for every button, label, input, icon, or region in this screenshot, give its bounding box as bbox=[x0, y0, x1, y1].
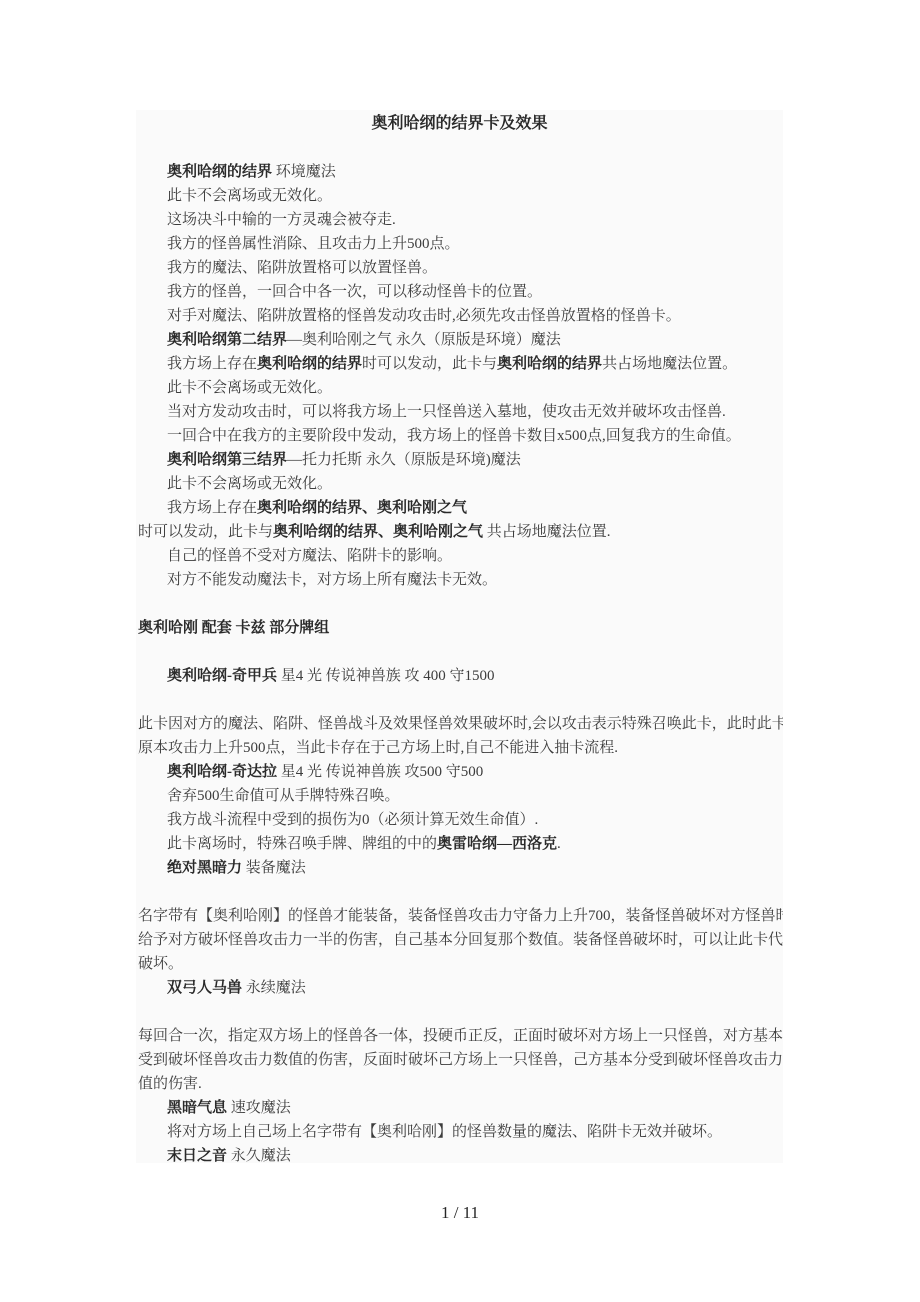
bold-text: 奥利哈纲的结界、奥利哈刚之气 bbox=[257, 500, 467, 516]
body-text: 对手对魔法、陷阱放置格的怪兽发动攻击时,必须先攻击怪兽放置格的怪兽卡。 bbox=[167, 308, 681, 324]
bold-text: 奥利哈纲-奇达拉 bbox=[167, 764, 277, 780]
blank-line bbox=[136, 640, 783, 664]
document-title: 奥利哈纲的结界卡及效果 bbox=[136, 112, 783, 136]
doc-line: 值的伤害. bbox=[136, 1072, 783, 1096]
doc-line: 绝对黑暗力 装备魔法 bbox=[136, 856, 783, 880]
body-text: 受到破坏怪兽攻击力数值的伤害，反面时破坏己方场上一只怪兽，己方基本分受到破坏怪兽… bbox=[138, 1052, 783, 1068]
doc-line: 我方场上存在奥利哈纲的结界时可以发动，此卡与奥利哈纲的结界共占场地魔法位置。 bbox=[136, 352, 783, 376]
body-text: 此卡不会离场或无效化。 bbox=[167, 380, 332, 396]
doc-line: 我方的怪兽属性消除、且攻击力上升500点。 bbox=[136, 232, 783, 256]
doc-line: 原本攻击力上升500点，当此卡存在于己方场上时,自己不能进入抽卡流程. bbox=[136, 736, 783, 760]
doc-line: 名字带有【奥利哈刚】的怪兽才能装备，装备怪兽攻击力守备力上升700，装备怪兽破坏… bbox=[136, 904, 783, 928]
bold-text: 末日之音 bbox=[167, 1148, 227, 1163]
doc-line: 这场决斗中输的一方灵魂会被夺走. bbox=[136, 208, 783, 232]
doc-line: 奥利哈纲的结界 环境魔法 bbox=[136, 160, 783, 184]
doc-line: 舍弃500生命值可从手牌特殊召唤。 bbox=[136, 784, 783, 808]
bold-text: 奥利哈纲的结界 bbox=[497, 356, 602, 372]
body-text: 装备魔法 bbox=[242, 860, 306, 876]
body-text: 星4 光 传说神兽族 攻 400 守1500 bbox=[277, 668, 495, 684]
doc-line: 我方战斗流程中受到的损伤为0（必须计算无效生命值）. bbox=[136, 808, 783, 832]
bold-text: 双弓人马兽 bbox=[167, 980, 242, 996]
doc-line: 时可以发动，此卡与奥利哈纲的结界、奥利哈刚之气 共占场地魔法位置. bbox=[136, 520, 783, 544]
body-text: —奥利哈刚之气 永久（原版是环境）魔法 bbox=[287, 332, 561, 348]
doc-line: 奥利哈纲第三结界—托力托斯 永久（原版是环境)魔法 bbox=[136, 448, 783, 472]
bold-text: 奥利哈纲第三结界 bbox=[167, 452, 287, 468]
blank-line bbox=[136, 1000, 783, 1024]
body-text: 舍弃500生命值可从手牌特殊召唤。 bbox=[167, 788, 400, 804]
body-text: 每回合一次，指定双方场上的怪兽各一体，投硬币正反，正面时破坏对方场上一只怪兽，对… bbox=[138, 1028, 783, 1044]
doc-line: 奥利哈刚 配套 卡兹 部分牌组 bbox=[136, 616, 783, 640]
body-text: 共占场地魔法位置。 bbox=[602, 356, 737, 372]
bold-text: 绝对黑暗力 bbox=[167, 860, 242, 876]
doc-line: 此卡不会离场或无效化。 bbox=[136, 184, 783, 208]
body-text: . bbox=[557, 836, 561, 852]
bold-text: 奥利哈纲的结界 bbox=[167, 164, 272, 180]
doc-line: 将对方场上自己场上名字带有【奥利哈刚】的怪兽数量的魔法、陷阱卡无效并破坏。 bbox=[136, 1120, 783, 1144]
body-text: 永续魔法 bbox=[242, 980, 306, 996]
doc-line: 双弓人马兽 永续魔法 bbox=[136, 976, 783, 1000]
doc-line: 奥利哈纲-奇甲兵 星4 光 传说神兽族 攻 400 守1500 bbox=[136, 664, 783, 688]
page-number: 1 / 11 bbox=[0, 1203, 920, 1223]
body-text: 时可以发动，此卡与 bbox=[362, 356, 497, 372]
body-text: 当对方发动攻击时，可以将我方场上一只怪兽送入墓地，使攻击无效并破坏攻击怪兽. bbox=[167, 404, 726, 420]
bold-text: 奥利哈纲的结界 bbox=[257, 356, 362, 372]
body-text: 我方战斗流程中受到的损伤为0（必须计算无效生命值）. bbox=[167, 812, 538, 828]
body-text: 速攻魔法 bbox=[227, 1100, 291, 1116]
body-text: 对方不能发动魔法卡，对方场上所有魔法卡无效。 bbox=[167, 572, 497, 588]
body-text: 名字带有【奥利哈刚】的怪兽才能装备，装备怪兽攻击力守备力上升700，装备怪兽破坏… bbox=[138, 908, 783, 924]
bold-text: 奥利哈刚 配套 卡兹 部分牌组 bbox=[138, 620, 329, 636]
blank-line bbox=[136, 880, 783, 904]
body-text: 我方的魔法、陷阱放置格可以放置怪兽。 bbox=[167, 260, 437, 276]
doc-line: 此卡不会离场或无效化。 bbox=[136, 472, 783, 496]
doc-line: 此卡离场时，特殊召唤手牌、牌组的中的奥雷哈纲—西洛克. bbox=[136, 832, 783, 856]
body-text: 此卡因对方的魔法、陷阱、怪兽战斗及效果怪兽效果破坏时,会以攻击表示特殊召唤此卡，… bbox=[138, 716, 783, 732]
body-text: 破坏。 bbox=[138, 956, 183, 972]
blank-line bbox=[136, 688, 783, 712]
doc-line: 当对方发动攻击时，可以将我方场上一只怪兽送入墓地，使攻击无效并破坏攻击怪兽. bbox=[136, 400, 783, 424]
doc-line: 一回合中在我方的主要阶段中发动，我方场上的怪兽卡数目x500点,回复我方的生命值… bbox=[136, 424, 783, 448]
bold-text: 奥雷哈纲—西洛克 bbox=[437, 836, 557, 852]
body-text: 自己的怪兽不受对方魔法、陷阱卡的影响。 bbox=[167, 548, 452, 564]
bold-text: 奥利哈纲第二结界 bbox=[167, 332, 287, 348]
body-text: 此卡不会离场或无效化。 bbox=[167, 476, 332, 492]
doc-line: 奥利哈纲第二结界—奥利哈刚之气 永久（原版是环境）魔法 bbox=[136, 328, 783, 352]
body-text: 环境魔法 bbox=[272, 164, 336, 180]
doc-line: 我方的魔法、陷阱放置格可以放置怪兽。 bbox=[136, 256, 783, 280]
body-text: 值的伤害. bbox=[138, 1076, 202, 1092]
doc-line: 受到破坏怪兽攻击力数值的伤害，反面时破坏己方场上一只怪兽，己方基本分受到破坏怪兽… bbox=[136, 1048, 783, 1072]
body-text: —托力托斯 永久（原版是环境)魔法 bbox=[287, 452, 521, 468]
doc-line: 末日之音 永久魔法 bbox=[136, 1144, 783, 1163]
bold-text: 奥利哈纲的结界卡及效果 bbox=[371, 115, 547, 132]
body-text: 我方的怪兽，一回合中各一次，可以移动怪兽卡的位置。 bbox=[167, 284, 542, 300]
doc-line: 每回合一次，指定双方场上的怪兽各一体，投硬币正反，正面时破坏对方场上一只怪兽，对… bbox=[136, 1024, 783, 1048]
bold-text: 黑暗气息 bbox=[167, 1100, 227, 1116]
doc-line: 给予对方破坏怪兽攻击力一半的伤害，自己基本分回复那个数值。装备怪兽破坏时，可以让… bbox=[136, 928, 783, 952]
blank-line bbox=[136, 592, 783, 616]
doc-line: 对方不能发动魔法卡，对方场上所有魔法卡无效。 bbox=[136, 568, 783, 592]
body-text: 将对方场上自己场上名字带有【奥利哈刚】的怪兽数量的魔法、陷阱卡无效并破坏。 bbox=[167, 1124, 722, 1140]
blank-line bbox=[136, 136, 783, 160]
body-text: 此卡不会离场或无效化。 bbox=[167, 188, 332, 204]
body-text: 此卡离场时，特殊召唤手牌、牌组的中的 bbox=[167, 836, 437, 852]
body-text: 我方场上存在 bbox=[167, 500, 257, 516]
body-text: 我方场上存在 bbox=[167, 356, 257, 372]
doc-line: 我方的怪兽，一回合中各一次，可以移动怪兽卡的位置。 bbox=[136, 280, 783, 304]
doc-line: 此卡因对方的魔法、陷阱、怪兽战斗及效果怪兽效果破坏时,会以攻击表示特殊召唤此卡，… bbox=[136, 712, 783, 736]
doc-line: 奥利哈纲-奇达拉 星4 光 传说神兽族 攻500 守500 bbox=[136, 760, 783, 784]
document-content: 奥利哈纲的结界卡及效果奥利哈纲的结界 环境魔法此卡不会离场或无效化。这场决斗中输… bbox=[136, 110, 783, 1163]
bold-text: 奥利哈纲的结界、奥利哈刚之气 bbox=[273, 524, 483, 540]
body-text: 原本攻击力上升500点，当此卡存在于己方场上时,自己不能进入抽卡流程. bbox=[138, 740, 618, 756]
body-text: 我方的怪兽属性消除、且攻击力上升500点。 bbox=[167, 236, 460, 252]
body-text: 共占场地魔法位置. bbox=[483, 524, 611, 540]
doc-line: 破坏。 bbox=[136, 952, 783, 976]
body-text: 这场决斗中输的一方灵魂会被夺走. bbox=[167, 212, 396, 228]
doc-line: 自己的怪兽不受对方魔法、陷阱卡的影响。 bbox=[136, 544, 783, 568]
doc-line: 我方场上存在奥利哈纲的结界、奥利哈刚之气 bbox=[136, 496, 783, 520]
body-text: 给予对方破坏怪兽攻击力一半的伤害，自己基本分回复那个数值。装备怪兽破坏时，可以让… bbox=[138, 932, 783, 948]
body-text: 时可以发动，此卡与 bbox=[138, 524, 273, 540]
body-text: 永久魔法 bbox=[227, 1148, 291, 1163]
doc-line: 黑暗气息 速攻魔法 bbox=[136, 1096, 783, 1120]
bold-text: 奥利哈纲-奇甲兵 bbox=[167, 668, 277, 684]
doc-line: 对手对魔法、陷阱放置格的怪兽发动攻击时,必须先攻击怪兽放置格的怪兽卡。 bbox=[136, 304, 783, 328]
body-text: 星4 光 传说神兽族 攻500 守500 bbox=[277, 764, 483, 780]
body-text: 一回合中在我方的主要阶段中发动，我方场上的怪兽卡数目x500点,回复我方的生命值… bbox=[167, 428, 741, 444]
doc-line: 此卡不会离场或无效化。 bbox=[136, 376, 783, 400]
